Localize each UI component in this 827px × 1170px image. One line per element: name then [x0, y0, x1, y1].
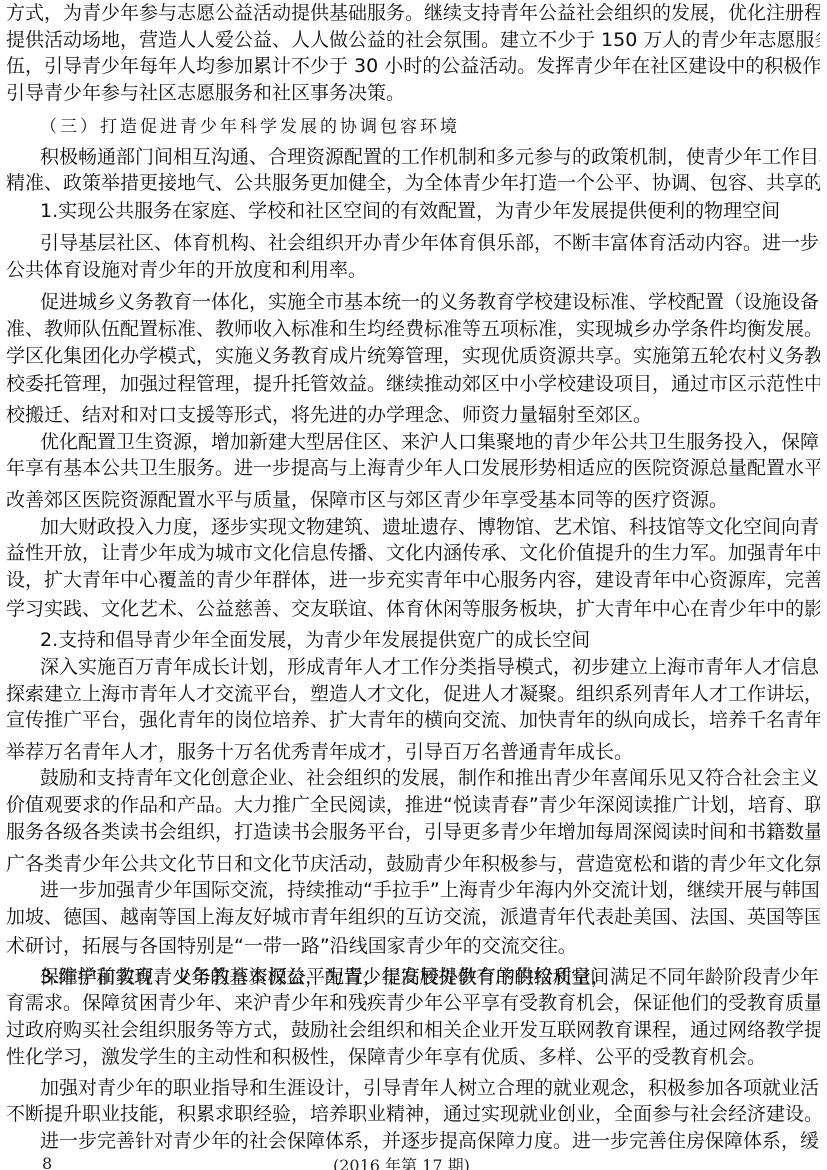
text-line: 引导青少年参与社区志愿服务和社区事务决策。	[6, 80, 820, 106]
page-number: 8	[42, 1154, 52, 1170]
text-line: 加强对青少年的职业指导和生涯设计，引导青年人树立合理的就业观念，积极参加各项就业…	[40, 1075, 820, 1101]
text-line: 引导基层社区、体育机构、社会组织开办青少年体育俱乐部，不断丰富体育活动内容。进一…	[40, 230, 820, 256]
text-line: 探索建立上海市青年人才交流平台，塑造人才文化，促进人才凝聚。组织系列青年人才工作…	[6, 681, 820, 707]
text-line: 校搬迁、结对和对口支援等形式，将先进的办学理念、师资力量辐射至郊区。	[6, 402, 820, 428]
text-line: 进一步完善针对青少年的社会保障体系，并逐步提高保障力度。进一步完善住房保障体系，…	[40, 1128, 820, 1154]
text-line: 方式，为青少年参与志愿公益活动提供基础服务。继续支持青年公益社会组织的发展，优化…	[6, 0, 820, 26]
section-heading: （三）打造促进青少年科学发展的协调包容环境	[40, 114, 820, 140]
text-line: 学区化集团化办学模式，实施义务教育成片统筹管理，实现优质资源共享。实施第五轮农村…	[6, 343, 820, 369]
text-line: 学习实践、文化艺术、公益慈善、交友联谊、体育休闲等服务板块，扩大青年中心在青少年…	[6, 596, 820, 622]
text-line: 校委托管理，加强过程管理，提升托管效益。继续推动郊区中小学校建设项目，通过市区示…	[6, 371, 820, 397]
text-line: 精准、政策举措更接地气、公共服务更加健全，为全体青少年打造一个公平、协调、包容、…	[6, 170, 820, 196]
text-line: 深入实施百万青年成长计划，形成青年人才工作分类指导模式，初步建立上海市青年人才信…	[40, 654, 820, 680]
text-line: 加坡、德国、越南等国上海友好城市青年组织的互访交流，派遣青年代表赴美国、法国、英…	[6, 904, 820, 930]
text-line: 过政府购买社会组织服务等方式，鼓励社会组织和相关企业开发互联网教育课程，通过网络…	[6, 1017, 820, 1043]
text-line: 进一步加强青少年国际交流，持续推动“手拉手”上海青少年海内外交流计划，继续开展与…	[40, 877, 820, 903]
text-line: 保障学前教育、义务教育资源公平配置，提高校外教育的供给质量，满足不同年龄阶段青少…	[40, 964, 820, 990]
text-line: 加大财政投入力度，逐步实现文物建筑、遗址遗存、博物馆、艺术馆、科技馆等文化空间向…	[40, 514, 820, 540]
text-line: 积极畅通部门间相互沟通、合理资源配置的工作机制和多元参与的政策机制，使青少年工作…	[40, 144, 820, 170]
text-line: 准、教师队伍配置标准、教师收入标准和生均经费标准等五项标准，实现城乡办学条件均衡…	[6, 316, 820, 342]
text-line: 性化学习，激发学生的主动性和积极性，保障青少年享有优质、多样、公平的受教育机会。	[6, 1044, 820, 1070]
text-line: 育需求。保障贫困青少年、来沪青少年和残疾青少年公平享有受教育机会，保证他们的受教…	[6, 990, 820, 1016]
document-page: 方式，为青少年参与志愿公益活动提供基础服务。继续支持青年公益社会组织的发展，优化…	[0, 0, 827, 1170]
text-line: 宣传推广平台，强化青年的岗位培养、扩大青年的横向交流、加快青年的纵向成长，培养千…	[6, 707, 820, 733]
issue-label: (2016 年第 17 期)	[333, 1153, 470, 1170]
text-line: 术研讨，拓展与各国特别是“一带一路”沿线国家青少年的交流交往。	[6, 933, 820, 959]
text-line: 公共体育设施对青少年的开放度和利用率。	[6, 257, 820, 283]
text-line: 伍，引导青少年每年人均参加累计不少于 30 小时的公益活动。发挥青少年在社区建设…	[6, 53, 820, 79]
text-line: 举荐万名青年人才，服务十万名优秀青年成才，引导百万名普通青年成长。	[6, 739, 820, 765]
subsection-heading: 2.支持和倡导青少年全面发展，为青少年发展提供宽广的成长空间	[40, 627, 820, 653]
text-line: 益性开放，让青少年成为城市文化信息传播、文化内涵传承、文化价值提升的生力军。加强…	[6, 540, 820, 566]
text-line: 鼓励和支持青年文化创意企业、社会组织的发展，制作和推出青少年喜闻乐见又符合社会主…	[40, 765, 820, 791]
text-line: 设，扩大青年中心覆盖的青少年群体，进一步充实青年中心服务内容，建设青年中心资源库…	[6, 567, 820, 593]
text-line: 年享有基本公共卫生服务。进一步提高与上海青少年人口发展形势相适应的医院资源总量配…	[6, 455, 820, 481]
text-line: 提供活动场地，营造人人爱公益、人人做公益的社会氛围。建立不少于 150 万人的青…	[6, 27, 820, 53]
text-line: 服务各级各类读书会组织，打造读书会服务平台，引导更多青少年增加每周深阅读时间和书…	[6, 819, 820, 845]
text-line: 促进城乡义务教育一体化，实施全市基本统一的义务教育学校建设标准、学校配置（设施设…	[40, 289, 820, 315]
text-line: 广各类青少年公共文化节日和文化节庆活动，鼓励青少年积极参与，营造宽松和谐的青少年…	[6, 851, 820, 877]
text-line: 价值观要求的作品和产品。大力推广全民阅读，推进“悦读青春”青少年深阅读推广计划，…	[6, 792, 820, 818]
text-line: 改善郊区医院资源配置水平与质量，保障市区与郊区青少年享受基本同等的医疗资源。	[6, 487, 820, 513]
text-line: 优化配置卫生资源，增加新建大型居住区、来沪人口集聚地的青少年公共卫生服务投入，保…	[40, 429, 820, 455]
subsection-heading: 1.实现公共服务在家庭、学校和社区空间的有效配置，为青少年发展提供便利的物理空间	[40, 198, 820, 224]
text-line: 不断提升职业技能，积累求职经验，培养职业精神，通过实现就业创业，全面参与社会经济…	[6, 1101, 820, 1127]
